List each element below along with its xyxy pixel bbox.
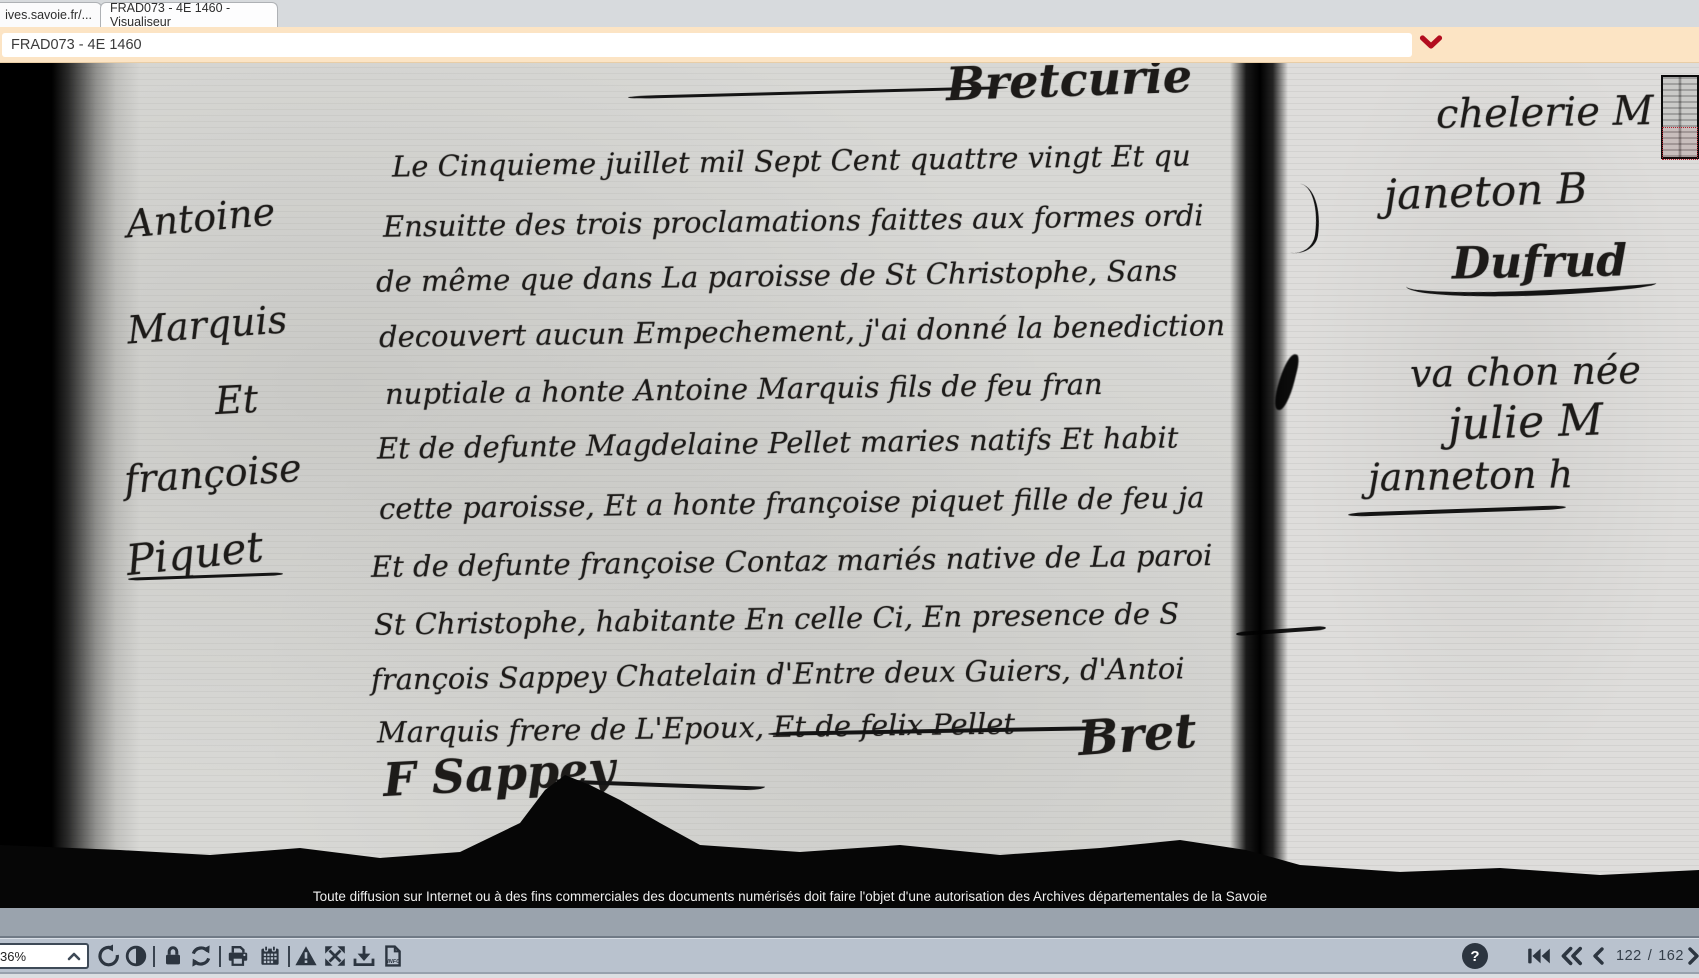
viewer-window: ives.savoie.fr/... FRAD073 - 4E 1460 - V… — [0, 0, 1699, 978]
previous-page-button[interactable] — [1590, 946, 1606, 971]
cure-signature-top: Bretcurie — [945, 63, 1193, 107]
status-gap-bar — [0, 908, 1699, 938]
margin-name: Marquis — [126, 300, 288, 349]
lock-icon[interactable] — [161, 944, 185, 968]
first-page-button[interactable] — [1526, 946, 1552, 971]
zoom-level-value: 36% — [0, 949, 26, 964]
sync-icon[interactable] — [189, 944, 213, 968]
browser-tab-visualiseur-label: FRAD073 - 4E 1460 - Visualiseur — [110, 1, 277, 29]
margin-name: Et — [214, 380, 259, 420]
right-page-line: julie M — [1447, 398, 1604, 447]
viewer-header-bar: FRAD073 - 4E 1460 — [0, 27, 1699, 63]
window-bottom-strip — [0, 974, 1699, 978]
thumbnail-viewport-rect[interactable] — [1662, 127, 1698, 160]
chevron-down-icon[interactable] — [1419, 35, 1443, 50]
rotate-ccw-icon[interactable] — [97, 944, 121, 968]
page-current: 122 — [1616, 948, 1642, 964]
calendar-icon[interactable] — [258, 944, 282, 968]
browser-tab-archives[interactable]: ives.savoie.fr/... — [0, 2, 102, 27]
right-page-line: va chon née — [1410, 351, 1641, 393]
toolbar-divider — [219, 946, 221, 967]
page-indicator: 122/162 — [1613, 948, 1687, 964]
toolbar-divider — [288, 946, 290, 967]
copyright-notice: Toute diffusion sur Internet ou à des fi… — [60, 889, 1520, 904]
info-icon-label: INFO — [387, 959, 401, 965]
help-button-label: ? — [1470, 948, 1479, 965]
page-torn-edge — [0, 63, 140, 908]
download-icon[interactable] — [352, 944, 376, 968]
info-document-icon[interactable]: INFO — [381, 944, 405, 968]
margin-name: françoise — [123, 449, 303, 499]
right-page-line: janneton h — [1368, 455, 1574, 497]
fullscreen-icon[interactable] — [323, 944, 347, 968]
reference-field-value: FRAD073 - 4E 1460 — [11, 37, 142, 53]
document-canvas[interactable]: Bretcurie Antoine Marquis Et françoise P… — [0, 63, 1699, 908]
toolbar-divider — [153, 946, 155, 967]
viewer-toolbar: 36% — [0, 938, 1699, 974]
right-page-line: janeton B — [1383, 167, 1588, 216]
cure-signature-bottom: Bret — [1076, 707, 1198, 763]
page-total: 162 — [1658, 948, 1684, 964]
browser-tab-visualiseur[interactable]: FRAD073 - 4E 1460 - Visualiseur — [100, 2, 278, 27]
zoom-level-input[interactable]: 36% — [0, 943, 89, 969]
right-page-line: chelerie M — [1436, 91, 1654, 135]
help-button[interactable]: ? — [1462, 943, 1488, 969]
warning-icon[interactable] — [294, 944, 318, 968]
browser-tab-bar: ives.savoie.fr/... FRAD073 - 4E 1460 - V… — [0, 0, 1699, 27]
chevron-up-icon[interactable] — [67, 952, 81, 961]
fast-previous-button[interactable] — [1560, 946, 1584, 971]
next-page-button[interactable] — [1686, 946, 1699, 971]
browser-tab-archives-label: ives.savoie.fr/... — [5, 8, 92, 22]
thumbnail-navigator[interactable] — [1661, 75, 1699, 159]
page-gutter-shadow — [1230, 63, 1288, 908]
contrast-icon[interactable] — [124, 944, 148, 968]
reference-field[interactable]: FRAD073 - 4E 1460 — [2, 33, 1412, 57]
print-icon[interactable] — [226, 944, 252, 968]
page-separator: / — [1648, 948, 1653, 964]
